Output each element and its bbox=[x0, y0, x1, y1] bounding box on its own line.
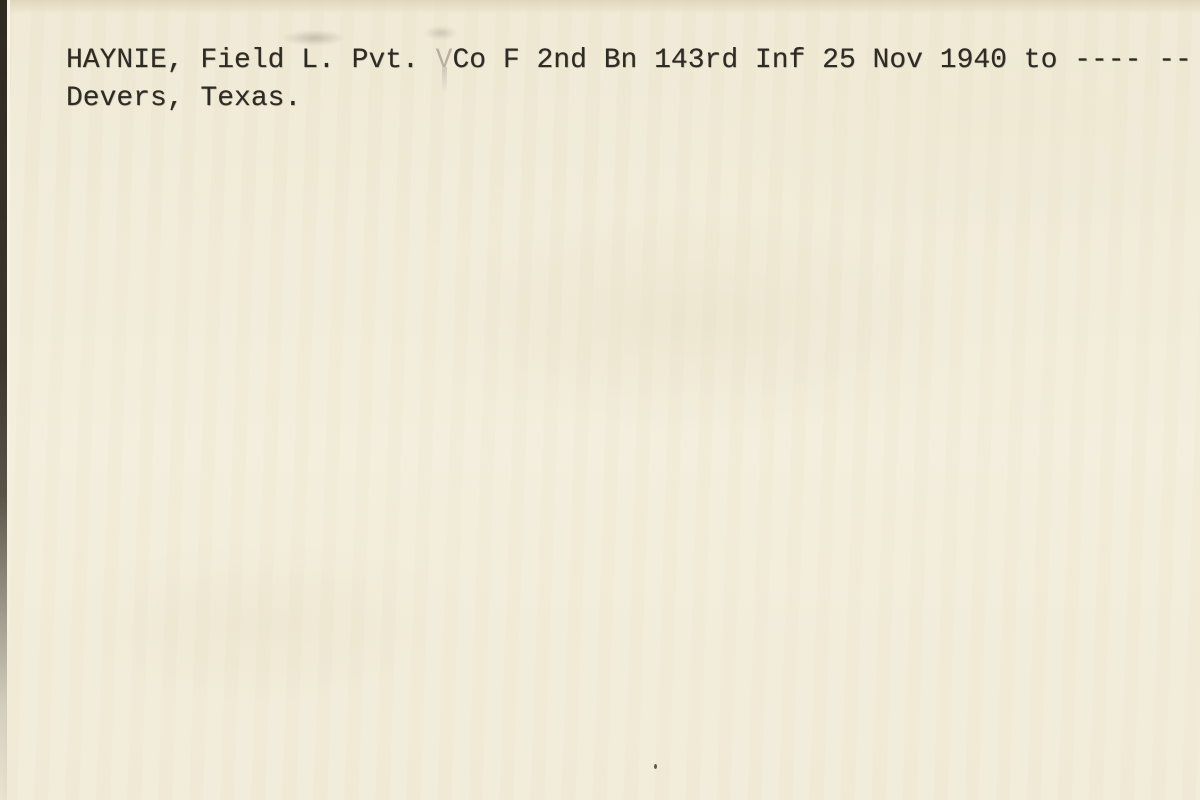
residence-line: Devers, Texas. bbox=[66, 83, 301, 114]
left-scan-edge-shadow bbox=[0, 0, 7, 800]
ghost-overstrike-character: V bbox=[436, 45, 453, 76]
service-entry-line-prefix: HAYNIE, Field L. Pvt. bbox=[66, 45, 436, 76]
typed-text-block: HAYNIE, Field L. Pvt. VCo F 2nd Bn 143rd… bbox=[66, 42, 1192, 118]
ink-speck bbox=[654, 764, 657, 769]
top-scan-band bbox=[0, 0, 1200, 14]
ink-smudge bbox=[424, 26, 458, 40]
left-scan-edge-highlight bbox=[7, 0, 10, 640]
scanned-index-card: HAYNIE, Field L. Pvt. VCo F 2nd Bn 143rd… bbox=[0, 0, 1200, 800]
service-entry-line-suffix: Co F 2nd Bn 143rd Inf 25 Nov 1940 to ---… bbox=[452, 45, 1191, 76]
